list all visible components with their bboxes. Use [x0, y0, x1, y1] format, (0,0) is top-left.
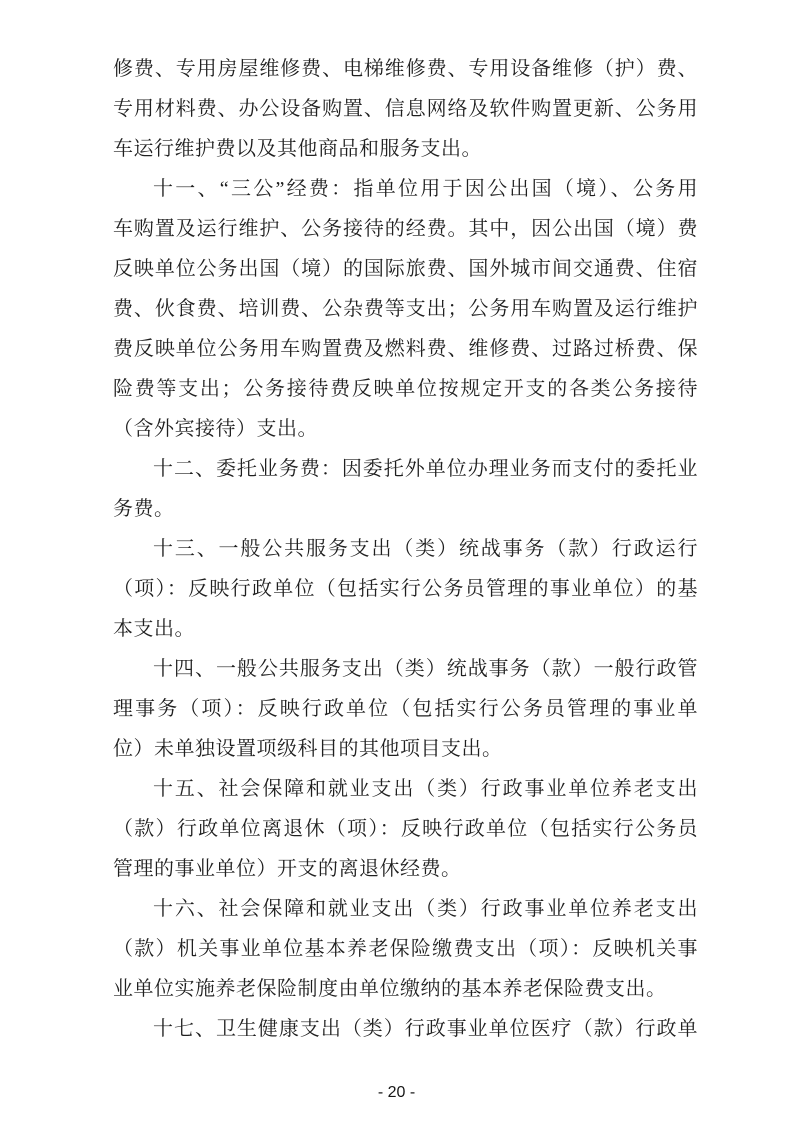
text-line: （款）行政单位离退休（项）：反映行政单位（包括实行公务员 [113, 809, 698, 849]
text-line: 十三、一般公共服务支出（类）统战事务（款）行政运行 [113, 529, 698, 569]
text-line: （含外宾接待）支出。 [113, 409, 698, 449]
text-line: 十五、社会保障和就业支出（类）行政事业单位养老支出 [113, 769, 698, 809]
text-line: 险费等支出；公务接待费反映单位按规定开支的各类公务接待 [113, 369, 698, 409]
paragraph: 十六、社会保障和就业支出（类）行政事业单位养老支出（款）机关事业单位基本养老保险… [113, 889, 698, 1009]
text-line: 十一、“三公”经费：指单位用于因公出国（境）、公务用 [113, 169, 698, 209]
text-line: 十六、社会保障和就业支出（类）行政事业单位养老支出 [113, 889, 698, 929]
paragraph: 十三、一般公共服务支出（类）统战事务（款）行政运行（项）：反映行政单位（包括实行… [113, 529, 698, 649]
text-line: （款）机关事业单位基本养老保险缴费支出（项）：反映机关事 [113, 929, 698, 969]
paragraph: 十一、“三公”经费：指单位用于因公出国（境）、公务用车购置及运行维护、公务接待的… [113, 169, 698, 449]
text-line: （项）：反映行政单位（包括实行公务员管理的事业单位）的基 [113, 569, 698, 609]
text-line: 专用材料费、办公设备购置、信息网络及软件购置更新、公务用 [113, 89, 698, 129]
text-line: 车购置及运行维护、公务接待的经费。其中，因公出国（境）费 [113, 209, 698, 249]
text-line: 位）未单独设置项级科目的其他项目支出。 [113, 729, 698, 769]
text-line: 修费、专用房屋维修费、电梯维修费、专用设备维修（护）费、 [113, 49, 698, 89]
paragraph: 十四、一般公共服务支出（类）统战事务（款）一般行政管理事务（项）：反映行政单位（… [113, 649, 698, 769]
text-line: 理事务（项）：反映行政单位（包括实行公务员管理的事业单 [113, 689, 698, 729]
paragraph: 十二、委托业务费：因委托外单位办理业务而支付的委托业务费。 [113, 449, 698, 529]
text-line: 反映单位公务出国（境）的国际旅费、国外城市间交通费、住宿 [113, 249, 698, 289]
text-line: 十七、卫生健康支出（类）行政事业单位医疗（款）行政单 [113, 1009, 698, 1049]
document-body: 修费、专用房屋维修费、电梯维修费、专用设备维修（护）费、专用材料费、办公设备购置… [113, 49, 698, 1049]
text-line: 费、伙食费、培训费、公杂费等支出；公务用车购置及运行维护 [113, 289, 698, 329]
text-line: 十四、一般公共服务支出（类）统战事务（款）一般行政管 [113, 649, 698, 689]
text-line: 十二、委托业务费：因委托外单位办理业务而支付的委托业 [113, 449, 698, 489]
paragraph: 十七、卫生健康支出（类）行政事业单位医疗（款）行政单 [113, 1009, 698, 1049]
text-line: 本支出。 [113, 609, 698, 649]
text-line: 务费。 [113, 489, 698, 529]
paragraph: 十五、社会保障和就业支出（类）行政事业单位养老支出（款）行政单位离退休（项）：反… [113, 769, 698, 889]
text-line: 管理的事业单位）开支的离退休经费。 [113, 849, 698, 889]
text-line: 业单位实施养老保险制度由单位缴纳的基本养老保险费支出。 [113, 969, 698, 1009]
page-number: - 20 - [0, 1084, 793, 1108]
paragraph: 修费、专用房屋维修费、电梯维修费、专用设备维修（护）费、专用材料费、办公设备购置… [113, 49, 698, 169]
text-line: 费反映单位公务用车购置费及燃料费、维修费、过路过桥费、保 [113, 329, 698, 369]
document-page: 修费、专用房屋维修费、电梯维修费、专用设备维修（护）费、专用材料费、办公设备购置… [0, 0, 793, 1122]
text-line: 车运行维护费以及其他商品和服务支出。 [113, 129, 698, 169]
